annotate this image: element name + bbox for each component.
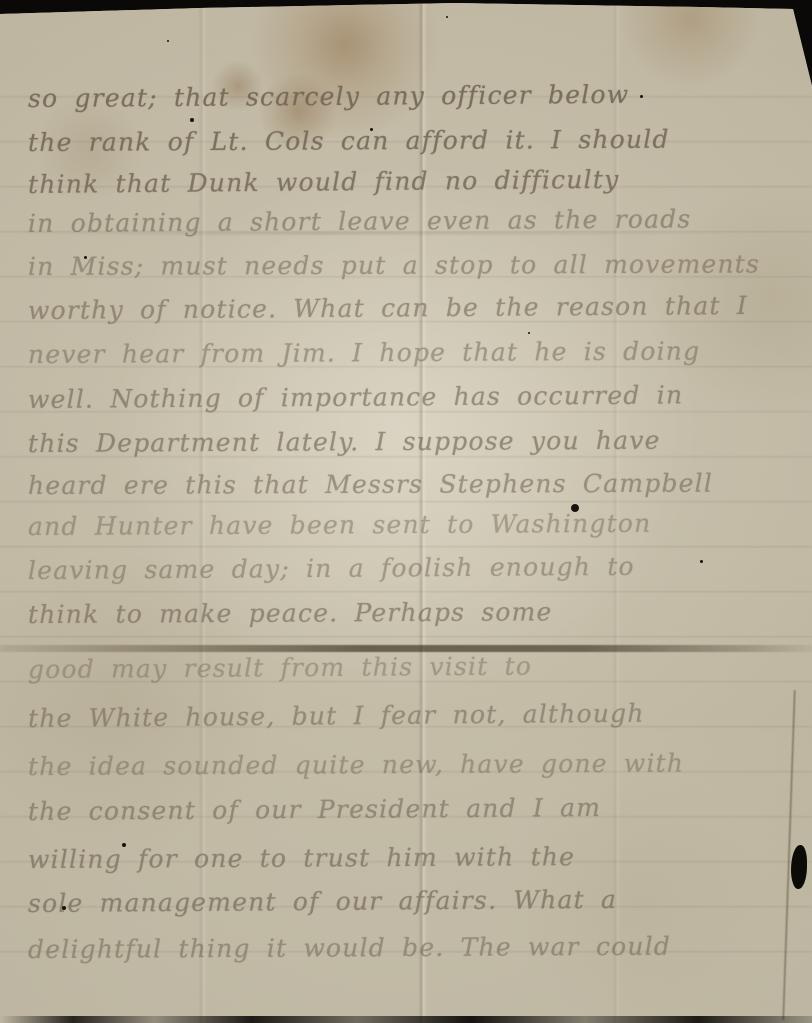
handwriting-line: think that Dunk would find no difficulty [28,163,798,199]
handwriting-line: delightful thing it would be. The war co… [28,931,798,964]
handwriting-line: leaving same day; in a foolish enough to [28,551,798,585]
handwriting-line: the White house, but I fear not, althoug… [28,697,798,733]
handwriting-line: good may result from this visit to [28,650,798,684]
scanned-letter: so great; that scarcely any officer belo… [0,0,812,1023]
handwriting-line: in Miss; must needs put a stop to all mo… [28,249,798,281]
ink-speck [84,256,87,259]
handwriting-line: and Hunter have been sent to Washington [28,508,798,541]
handwriting-line: the rank of Lt. Cols can afford it. I sh… [28,124,798,157]
ink-speck [446,16,448,18]
ink-speck [370,128,373,131]
handwriting-line: the consent of our President and I am [28,792,798,826]
handwriting-line: well. Nothing of importance has occurred… [28,380,798,414]
handwriting-line: never hear from Jim. I hope that he is d… [28,336,798,369]
handwriting-line: the idea sounded quite new, have gone wi… [28,748,798,781]
ink-speck [190,118,194,122]
handwriting-line: so great; that scarcely any officer belo… [28,79,798,113]
ink-speck [571,504,579,512]
ink-speck [62,906,66,910]
letter-page: so great; that scarcely any officer belo… [0,0,812,1023]
handwriting-line: think to make peace. Perhaps some [28,596,798,629]
scan-bottom-edge [0,1016,812,1023]
handwriting-line: heard ere this that Messrs Stephens Camp… [28,468,798,500]
handwriting-line: in obtaining a short leave even as the r… [28,204,798,238]
ink-speck [167,40,169,42]
handwriting-line: sole management of our affairs. What a [28,884,798,918]
ink-speck [528,332,530,334]
handwriting-line: worthy of notice. What can be the reason… [28,291,798,325]
handwriting-block: so great; that scarcely any officer belo… [0,0,812,1023]
ink-speck [640,95,643,98]
handwriting-line: this Department lately. I suppose you ha… [28,425,798,458]
ink-speck [122,843,126,847]
handwriting-line: willing for one to trust him with the [28,841,798,874]
ink-speck [700,560,703,563]
